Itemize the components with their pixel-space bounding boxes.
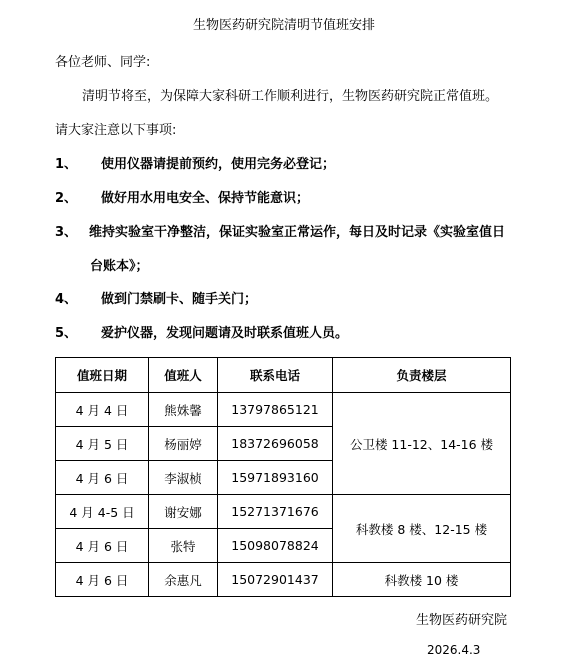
item-number: 1、 [55,153,101,172]
item-number: 2、 [55,187,101,206]
notice-item-3: 3、维持实验室干净整洁，保证实验室正常运作，每日及时记录《实验室值日 [55,221,505,240]
cell-floor: 科教楼 10 楼 [333,563,511,597]
item-text: 使用仪器请提前预约，使用完务必登记； [101,153,335,172]
notice-item-2: 2、做好用水用电安全、保持节能意识； [55,187,309,206]
cell-date: 4 月 6 日 [56,563,149,597]
cell-person: 余惠凡 [149,563,218,597]
cell-person: 杨丽婷 [149,427,218,461]
greeting: 各位老师、同学: [55,51,150,70]
item-number: 4、 [55,288,101,307]
cell-person: 张特 [149,529,218,563]
cell-date: 4 月 4-5 日 [56,495,149,529]
item-text: 爱护仪器，发现问题请及时联系值班人员。 [101,322,348,341]
cell-date: 4 月 5 日 [56,427,149,461]
cell-phone: 13797865121 [218,393,333,427]
item-text: 做好用水用电安全、保持节能意识； [101,187,309,206]
table-header-row: 值班日期 值班人 联系电话 负责楼层 [56,358,511,393]
cell-phone: 15971893160 [218,461,333,495]
document-title: 生物医药研究院清明节值班安排 [0,14,568,33]
cell-person: 熊姝馨 [149,393,218,427]
cell-person: 李淑桢 [149,461,218,495]
cell-date: 4 月 6 日 [56,461,149,495]
notice-item-3-continuation: 台账本》； [90,255,149,274]
notice-item-5: 5、爱护仪器，发现问题请及时联系值班人员。 [55,322,348,341]
header-date: 值班日期 [56,358,149,393]
cell-floor: 科教楼 8 楼、12-15 楼 [333,495,511,563]
header-phone: 联系电话 [218,358,333,393]
notice-item-4: 4、做到门禁刷卡、随手关门； [55,288,257,307]
cell-phone: 15098078824 [218,529,333,563]
table-row: 4 月 4-5 日 谢安娜 15271371676 科教楼 8 楼、12-15 … [56,495,511,529]
cell-floor: 公卫楼 11-12、14-16 楼 [333,393,511,495]
cell-date: 4 月 4 日 [56,393,149,427]
notice-heading: 请大家注意以下事项: [55,119,176,138]
header-person: 值班人 [149,358,218,393]
intro-paragraph: 清明节将至，为保障大家科研工作顺利进行，生物医药研究院正常值班。 [82,85,498,104]
document-date: 2026.4.3 [427,643,480,657]
cell-phone: 18372696058 [218,427,333,461]
notice-item-1: 1、使用仪器请提前预约，使用完务必登记； [55,153,335,172]
header-floor: 负责楼层 [333,358,511,393]
item-text: 维持实验室干净整洁，保证实验室正常运作，每日及时记录《实验室值日 [89,221,505,240]
item-number: 5、 [55,322,101,341]
cell-phone: 15271371676 [218,495,333,529]
item-number: 3、 [55,221,89,240]
cell-phone: 15072901437 [218,563,333,597]
table-row: 4 月 4 日 熊姝馨 13797865121 公卫楼 11-12、14-16 … [56,393,511,427]
cell-person: 谢安娜 [149,495,218,529]
table-row: 4 月 6 日 余惠凡 15072901437 科教楼 10 楼 [56,563,511,597]
cell-date: 4 月 6 日 [56,529,149,563]
duty-schedule-table: 值班日期 值班人 联系电话 负责楼层 4 月 4 日 熊姝馨 137978651… [55,357,511,597]
signature: 生物医药研究院 [416,609,507,628]
item-text: 做到门禁刷卡、随手关门； [101,288,257,307]
